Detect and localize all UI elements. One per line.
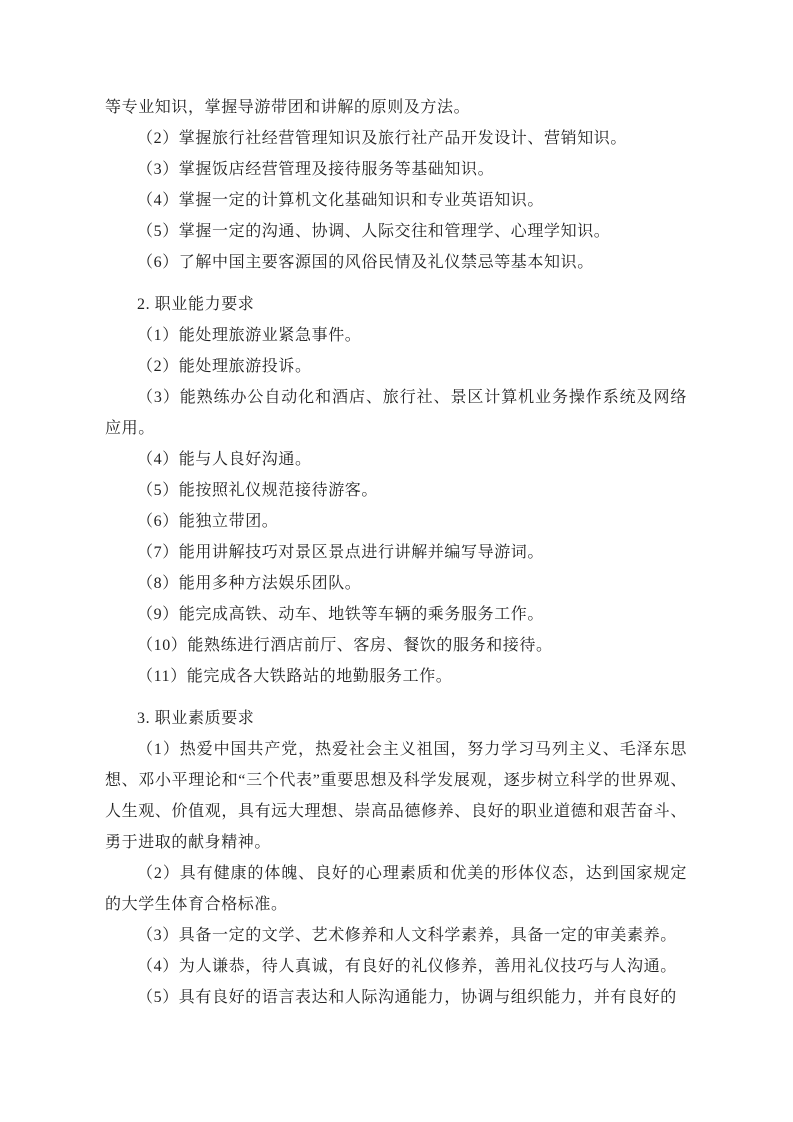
numbered-item-paragraph: （6）能独立带团。 — [105, 506, 687, 537]
numbered-item-paragraph: （4）为人谦恭，待人真诚，有良好的礼仪修养，善用礼仪技巧与人沟通。 — [105, 951, 687, 982]
numbered-item-paragraph: （8）能用多种方法娱乐团队。 — [105, 568, 687, 599]
numbered-item-paragraph: （3）具备一定的文学、艺术修养和人文科学素养，具备一定的审美素养。 — [105, 920, 687, 951]
numbered-item-paragraph: （11）能完成各大铁路站的地勤服务工作。 — [105, 661, 687, 692]
section-heading: 3. 职业素质要求 — [105, 703, 687, 734]
numbered-item-paragraph: （3）掌握饭店经营管理及接待服务等基础知识。 — [105, 154, 687, 185]
document-page: 等专业知识，掌握导游带团和讲解的原则及方法。（2）掌握旅行社经营管理知识及旅行社… — [0, 0, 793, 1122]
numbered-item-paragraph: （2）具有健康的体魄、良好的心理素质和优美的形体仪态，达到国家规定的大学生体育合… — [105, 858, 687, 920]
numbered-item-paragraph: （3）能熟练办公自动化和酒店、旅行社、景区计算机业务操作系统及网络应用。 — [105, 382, 687, 444]
numbered-item-paragraph: （2）掌握旅行社经营管理知识及旅行社产品开发设计、营销知识。 — [105, 123, 687, 154]
numbered-item-paragraph: （7）能用讲解技巧对景区景点进行讲解并编写导游词。 — [105, 537, 687, 568]
numbered-item-paragraph: （2）能处理旅游投诉。 — [105, 351, 687, 382]
numbered-item-paragraph: （6）了解中国主要客源国的风俗民情及礼仪禁忌等基本知识。 — [105, 247, 687, 278]
section-heading: 2. 职业能力要求 — [105, 289, 687, 320]
numbered-item-paragraph: （5）掌握一定的沟通、协调、人际交往和管理学、心理学知识。 — [105, 216, 687, 247]
numbered-item-paragraph: （4）能与人良好沟通。 — [105, 444, 687, 475]
numbered-item-paragraph: （5）具有良好的语言表达和人际沟通能力，协调与组织能力，并有良好的 — [105, 982, 687, 1013]
numbered-item-paragraph: （5）能按照礼仪规范接待游客。 — [105, 475, 687, 506]
numbered-item-paragraph: （10）能熟练进行酒店前厅、客房、餐饮的服务和接待。 — [105, 630, 687, 661]
numbered-item-paragraph: （1）热爱中国共产党，热爱社会主义祖国，努力学习马列主义、毛泽东思想、邓小平理论… — [105, 734, 687, 858]
numbered-item-paragraph: （1）能处理旅游业紧急事件。 — [105, 320, 687, 351]
document-body: 等专业知识，掌握导游带团和讲解的原则及方法。（2）掌握旅行社经营管理知识及旅行社… — [105, 92, 687, 1013]
numbered-item-paragraph: （4）掌握一定的计算机文化基础知识和专业英语知识。 — [105, 185, 687, 216]
continuation-paragraph: 等专业知识，掌握导游带团和讲解的原则及方法。 — [105, 92, 687, 123]
numbered-item-paragraph: （9）能完成高铁、动车、地铁等车辆的乘务服务工作。 — [105, 599, 687, 630]
